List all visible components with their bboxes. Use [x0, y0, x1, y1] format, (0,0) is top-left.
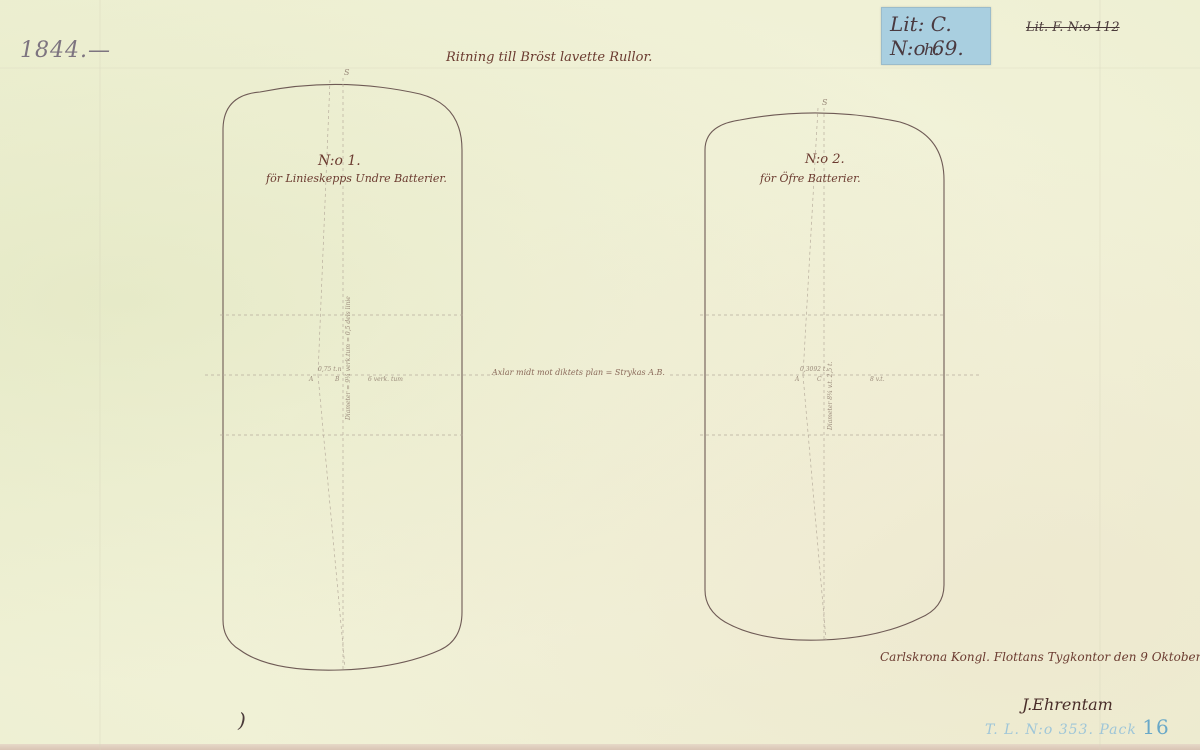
- fig1-number: N:o 1.: [318, 153, 361, 169]
- fig1-caption: för Linieskepps Undre Batterier.: [266, 172, 447, 185]
- archive-label-line2: h.: [924, 40, 939, 59]
- fig1-vertical-note: Diameter = 9¼ verk.tum = 0,5 dels linie: [345, 296, 352, 420]
- center-axis-note: Axlar midt mot diktets plan = Strykas A.…: [492, 368, 665, 377]
- corner-mark: ): [238, 708, 246, 732]
- fig2-small-measure: 0,3092 t.: [800, 366, 827, 373]
- fig2-point-center: C: [817, 376, 822, 383]
- year-label: 1844.—: [20, 38, 111, 63]
- fig2-right-measure: 8 v.t.: [870, 376, 885, 383]
- fig2-number: N:o 2.: [805, 152, 845, 167]
- fig2-vertical-note: Diameter 8¾ v.t. 2,5 t.: [827, 362, 834, 430]
- fig1-right-measure: 6 verk. tum: [368, 376, 403, 383]
- fig2-point-top: S: [822, 98, 827, 107]
- archive-stamp: T. L. N:o 353. Pack 16: [985, 715, 1170, 739]
- drawing-title: Ritning till Bröst lavette Rullor.: [446, 50, 652, 65]
- archive-label-line1: Lit: C. N:o 69.: [890, 12, 990, 60]
- roller-outline-no2: [705, 113, 944, 640]
- fig1-point-top: S: [344, 68, 349, 77]
- fig1-small-measure: 0,75 t.n: [318, 366, 341, 373]
- struck-reference: Lit. F. N:o 112: [1026, 20, 1120, 35]
- archive-pack-number: 16: [1142, 715, 1169, 739]
- place-and-date: Carlskrona Kongl. Flottans Tygkontor den…: [880, 650, 1200, 664]
- fig2-point-left: A: [795, 376, 799, 383]
- fig2-caption: för Öfre Batterier.: [760, 172, 861, 185]
- fig1-point-left: A: [309, 376, 313, 383]
- fig1-point-center: B: [335, 376, 339, 383]
- signature: J.Ehrentam: [1022, 695, 1113, 714]
- archive-label: Lit: C. N:o 69. h.: [881, 7, 991, 65]
- archive-stamp-text: T. L. N:o 353. Pack: [985, 722, 1137, 738]
